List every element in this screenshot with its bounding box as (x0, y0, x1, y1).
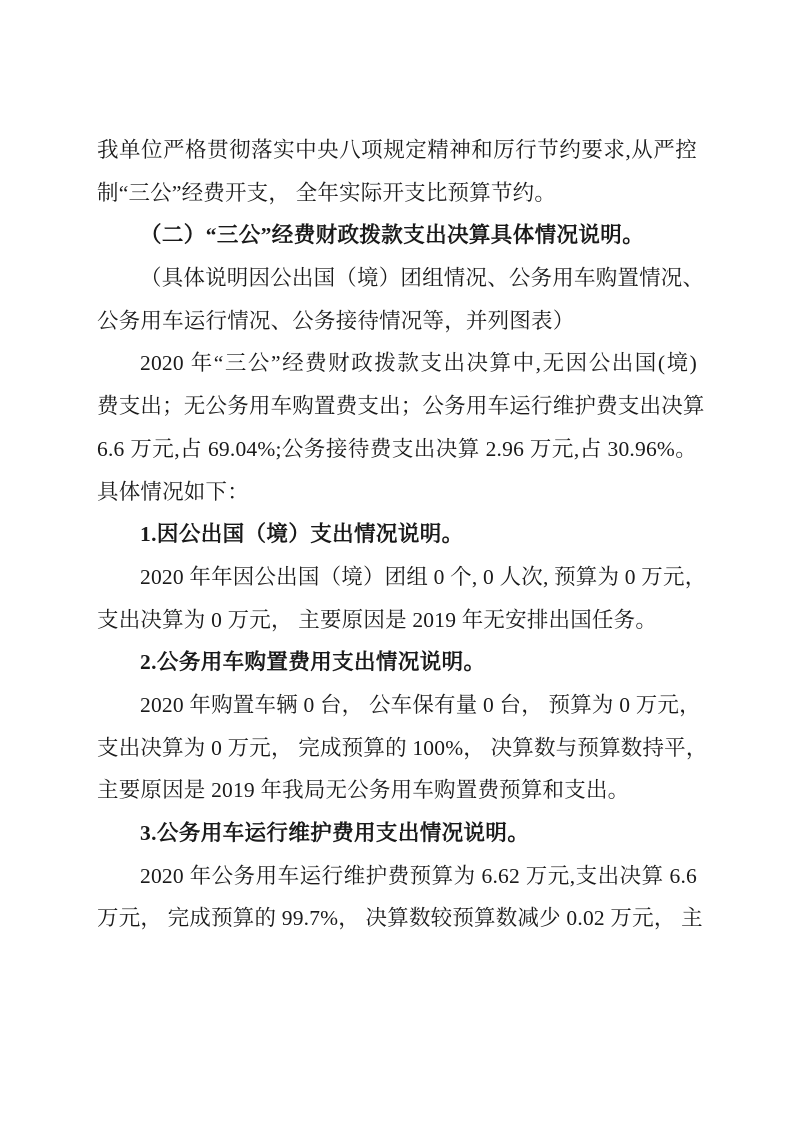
body-line: 万元， 完成预算的 99.7%， 决算数较预算数减少 0.02 万元， 主 (97, 897, 697, 940)
body-line: 2020 年公务用车运行维护费预算为 6.62 万元,支出决算 6.6 (97, 855, 697, 898)
heading-item-2: 2.公务用车购置费用支出情况说明。 (97, 641, 697, 684)
body-line: 2020 年“三公”经费财政拨款支出决算中,无因公出国(境) (97, 342, 697, 385)
body-line: 支出决算为 0 万元， 完成预算的 100%， 决算数与预算数持平， (97, 727, 697, 770)
body-line: 费支出；无公务用车购置费支出；公务用车运行维护费支出决算 (97, 385, 697, 428)
document-page: 我单位严格贯彻落实中央八项规定精神和厉行节约要求,从严控 制“三公”经费开支， … (0, 0, 793, 1122)
body-line: 制“三公”经费开支， 全年实际开支比预算节约。 (97, 172, 697, 215)
heading-item-1: 1.因公出国（境）支出情况说明。 (97, 513, 697, 556)
body-line: 具体情况如下： (97, 471, 697, 514)
body-line: 2020 年年因公出国（境）团组 0 个, 0 人次, 预算为 0 万元， (97, 556, 697, 599)
heading-item-3: 3.公务用车运行维护费用支出情况说明。 (97, 812, 697, 855)
body-line: 2020 年购置车辆 0 台， 公车保有量 0 台， 预算为 0 万元， (97, 684, 697, 727)
body-line: 6.6 万元,占 69.04%;公务接待费支出决算 2.96 万元,占 30.9… (97, 428, 697, 471)
body-line: 我单位严格贯彻落实中央八项规定精神和厉行节约要求,从严控 (97, 129, 697, 172)
body-line: 主要原因是 2019 年我局无公务用车购置费预算和支出。 (97, 769, 697, 812)
body-line: 支出决算为 0 万元， 主要原因是 2019 年无安排出国任务。 (97, 599, 697, 642)
heading-section-2: （二）“三公”经费财政拨款支出决算具体情况说明。 (97, 214, 697, 257)
body-line: （具体说明因公出国（境）团组情况、公务用车购置情况、 (97, 257, 697, 300)
body-line: 公务用车运行情况、公务接待情况等，并列图表） (97, 300, 697, 343)
